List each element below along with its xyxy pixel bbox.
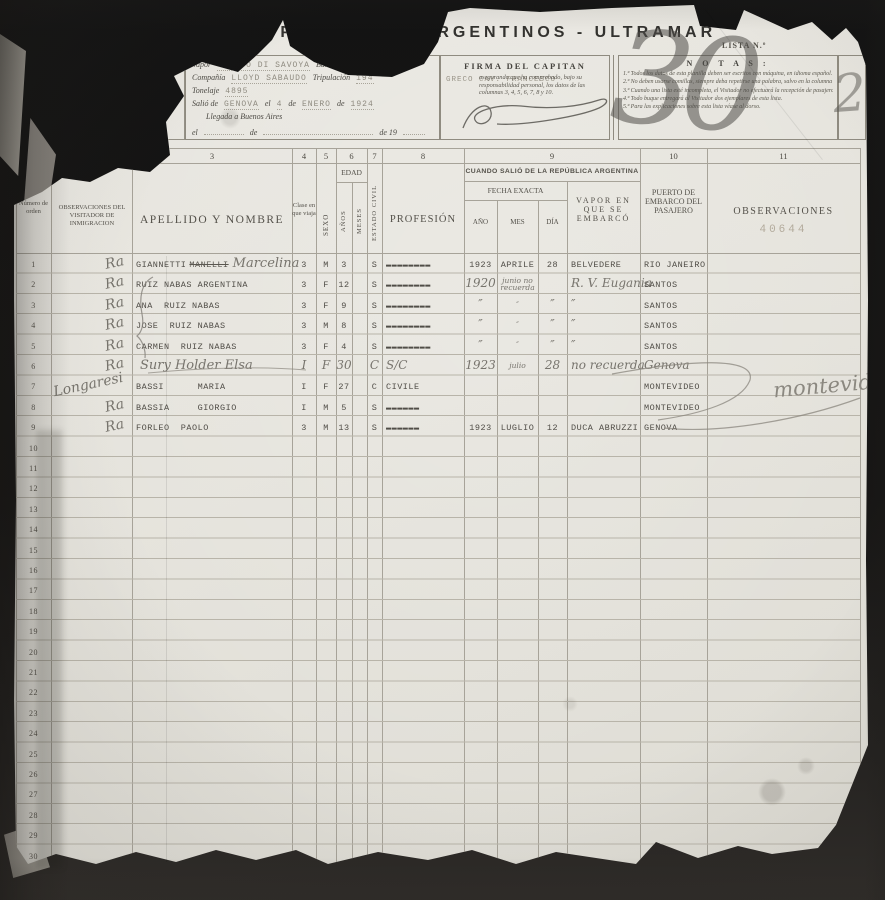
cell-n: 29 bbox=[16, 824, 51, 844]
typed-text: 4 bbox=[31, 321, 36, 330]
ship-info-box: Vapor TOMASO DI SAVOYA Bandera ITALIANA … bbox=[185, 55, 440, 140]
handwritten-text: julio bbox=[509, 362, 525, 369]
header-cuando-salio: CUANDO SALIÓ DE LA REPÚBLICA ARGENTINA bbox=[464, 168, 640, 175]
typed-text: DUCA ABRUZZI bbox=[571, 423, 638, 433]
typed-text: 2 bbox=[31, 280, 36, 289]
cell-obs: Ra bbox=[51, 396, 132, 416]
cell-dia: ″ bbox=[538, 335, 567, 355]
cell-puerto: GENOVA bbox=[640, 416, 707, 436]
cell-n: 27 bbox=[16, 783, 51, 803]
cell-dia: 28 bbox=[538, 355, 567, 375]
typed-text: 15 bbox=[29, 546, 38, 555]
cell-vapor: R. V. Eugania bbox=[567, 273, 640, 293]
typed-text: SANTOS bbox=[644, 280, 678, 290]
cell-anio: ″ bbox=[464, 314, 497, 334]
cell-n: 25 bbox=[16, 743, 51, 763]
cell-name: RUIZ NABAS ARGENTINA bbox=[132, 273, 292, 293]
nota-item: 1.ª Todos los datos de esta planilla deb… bbox=[623, 70, 833, 78]
cell-mes: julio bbox=[497, 355, 538, 375]
handwritten-text: ″ bbox=[516, 321, 519, 328]
cell-dia: ″ bbox=[538, 294, 567, 314]
cell-estado: S bbox=[367, 294, 382, 314]
cell-clase: 3 bbox=[292, 273, 316, 293]
cell-obs: Ra bbox=[51, 314, 132, 334]
column-number: 4 bbox=[292, 149, 316, 163]
cell-n: 23 bbox=[16, 702, 51, 722]
typed-text: 3 bbox=[31, 301, 36, 310]
typed-text: 3 bbox=[301, 321, 307, 331]
handwritten-text: no recuerda bbox=[571, 358, 645, 372]
cell-n: 21 bbox=[16, 661, 51, 681]
typed-text: S bbox=[372, 260, 378, 270]
typed-text: 6 bbox=[31, 362, 36, 371]
column-number: 11 bbox=[707, 149, 860, 163]
typed-text: 30 bbox=[29, 852, 38, 861]
handwritten-text: Ra bbox=[103, 251, 126, 275]
typed-text: RIO JANEIRO bbox=[644, 260, 706, 270]
de19-label: de 19 bbox=[379, 128, 397, 137]
cell-n: 10 bbox=[16, 437, 51, 457]
header-ano: AÑO bbox=[464, 218, 497, 227]
cell-sexo: M bbox=[316, 314, 336, 334]
blank-line bbox=[263, 125, 373, 135]
header-estado-civil: ESTADO CIVIL bbox=[367, 176, 382, 250]
cell-prof: ▬▬▬▬▬▬ bbox=[382, 416, 464, 436]
blank-line bbox=[403, 125, 425, 135]
typed-text: ▬▬▬▬▬▬▬▬ bbox=[386, 342, 431, 352]
llegada-label: Llegada a Buenos Aires bbox=[206, 112, 282, 121]
typed-text: C bbox=[372, 382, 378, 392]
typed-text: 3 bbox=[301, 423, 307, 433]
typed-text: F bbox=[323, 301, 329, 311]
table-row: 13 bbox=[16, 498, 860, 518]
handwritten-text: 30 bbox=[336, 358, 351, 372]
cell-n: 9 bbox=[16, 416, 51, 436]
cell-name: Sury Holder Elsa bbox=[132, 355, 292, 375]
table-row: 30 bbox=[16, 845, 860, 865]
handwritten-text: ″ bbox=[516, 301, 519, 308]
captain-box: FIRMA DEL CAPITAN GRECO CAV. FRANCESCO a… bbox=[440, 55, 610, 140]
cell-sexo: F bbox=[316, 355, 336, 375]
de2-label: de bbox=[337, 99, 345, 108]
cell-sexo: F bbox=[316, 294, 336, 314]
cell-prof: ▬▬▬▬▬▬▬▬ bbox=[382, 273, 464, 293]
column-number: 3 bbox=[132, 149, 292, 163]
cell-name: FORLEO PAOLO bbox=[132, 416, 292, 436]
cell-anos: 8 bbox=[336, 314, 352, 334]
page-title: LISTA DE PASAJEROS ARGENTINOS - ULTRAMAR bbox=[0, 24, 885, 42]
vapor-label: Vapor bbox=[192, 60, 211, 69]
cell-vapor: ″ bbox=[567, 314, 640, 334]
cell-anos: 5 bbox=[336, 396, 352, 416]
salio-value: GENOVA bbox=[224, 100, 259, 110]
typed-text: MONTEVIDEO bbox=[644, 382, 700, 392]
cell-puerto: MONTEVIDEO bbox=[640, 375, 707, 395]
typed-text: 13 bbox=[338, 423, 349, 433]
header-observaciones: OBSERVACIONES bbox=[707, 206, 860, 217]
typed-text: 11 bbox=[29, 464, 38, 473]
cell-clase: I bbox=[292, 396, 316, 416]
typed-text: JOSE RUIZ NABAS bbox=[136, 321, 226, 331]
cell-n: 16 bbox=[16, 559, 51, 579]
tripulacion-label: Tripulación bbox=[313, 73, 350, 82]
cell-n: 15 bbox=[16, 539, 51, 559]
cell-mes: APRILE bbox=[497, 253, 538, 273]
header-vapor-embarco: VAPOR EN QUE SE EMBARCÓ bbox=[567, 196, 640, 223]
cell-mes: ″ bbox=[497, 294, 538, 314]
typed-text: BASSI MARIA bbox=[136, 382, 226, 392]
cell-puerto: RIO JANEIRO bbox=[640, 253, 707, 273]
typed-text: ▬▬▬▬▬▬▬▬ bbox=[386, 321, 431, 331]
cell-estado: S bbox=[367, 273, 382, 293]
cell-puerto: SANTOS bbox=[640, 294, 707, 314]
compania-label: Compañía bbox=[192, 73, 225, 82]
cell-n: 13 bbox=[16, 498, 51, 518]
table-vline bbox=[860, 148, 861, 865]
typed-text: S bbox=[372, 423, 378, 433]
typed-text: 4 bbox=[341, 342, 347, 352]
typed-text: 5 bbox=[31, 342, 36, 351]
cell-prof: ▬▬▬▬▬▬▬▬ bbox=[382, 335, 464, 355]
cell-n: 19 bbox=[16, 620, 51, 640]
cell-clase: I bbox=[292, 355, 316, 375]
table-row: 9RaFORLEO PAOLO3M13S▬▬▬▬▬▬1923LUGLIO12DU… bbox=[16, 416, 860, 436]
cell-anio: 1920 bbox=[464, 273, 497, 293]
cell-mes: ″ bbox=[497, 335, 538, 355]
typed-text: I bbox=[301, 403, 307, 413]
cell-prof: ▬▬▬▬▬▬ bbox=[382, 396, 464, 416]
typed-text: 19 bbox=[29, 627, 38, 636]
typed-text: 3 bbox=[341, 260, 347, 270]
cell-estado: S bbox=[367, 335, 382, 355]
column-number: 10 bbox=[640, 149, 707, 163]
handwritten-text: ″ bbox=[516, 341, 519, 348]
typed-text: 27 bbox=[29, 790, 38, 799]
cell-estado: C bbox=[367, 375, 382, 395]
cell-puerto: SANTOS bbox=[640, 273, 707, 293]
ship-line-tonelaje: Tonelaje 4895 bbox=[192, 86, 433, 99]
typed-text: M bbox=[323, 321, 329, 331]
header-profesion: PROFESIÓN bbox=[382, 214, 464, 225]
salida-anio-value: 1924 bbox=[351, 100, 374, 110]
cell-anio: 1923 bbox=[464, 416, 497, 436]
typed-text: 7 bbox=[31, 382, 36, 391]
column-number: 8 bbox=[382, 149, 464, 163]
header-observaciones-visitador: OBSERVACIONES DEL VISITADOR DE INMIGRACI… bbox=[54, 204, 130, 228]
cell-vapor: ″ bbox=[567, 335, 640, 355]
header-dia: DÍA bbox=[538, 218, 567, 227]
bandera-label: Bandera bbox=[316, 60, 344, 69]
cell-n: 1 bbox=[16, 253, 51, 273]
header-clase: Clase en que viaja bbox=[292, 202, 316, 218]
cell-name: CARMEN RUIZ NABAS bbox=[132, 335, 292, 355]
typed-text: 16 bbox=[29, 566, 38, 575]
handwritten-text: ″ bbox=[478, 297, 482, 311]
handwritten-text: Ra bbox=[103, 292, 126, 316]
typed-text: 28 bbox=[547, 260, 558, 270]
column-number: 7 bbox=[367, 149, 382, 163]
cell-n: 12 bbox=[16, 477, 51, 497]
table-line bbox=[336, 182, 367, 183]
cell-vapor: DUCA ABRUZZI bbox=[567, 416, 640, 436]
ship-line-llegada: Llegada a Buenos Aires bbox=[192, 112, 433, 125]
cell-name: GIANNETTIMANELLIMarcelina bbox=[132, 253, 292, 273]
typed-text: GENOVA bbox=[644, 423, 678, 433]
cell-clase: 3 bbox=[292, 314, 316, 334]
nota-item: 5.ª Para las explicaciones sobre esta li… bbox=[623, 103, 833, 111]
table-row: 3RaANA RUIZ NABAS3F9S▬▬▬▬▬▬▬▬″″″″SANTOS bbox=[16, 294, 860, 314]
cell-anio: ″ bbox=[464, 335, 497, 355]
cell-n: 6 bbox=[16, 355, 51, 375]
handwritten-text: Genova bbox=[644, 358, 690, 372]
cell-clase: 3 bbox=[292, 294, 316, 314]
cell-puerto: SANTOS bbox=[640, 314, 707, 334]
cell-estado: S bbox=[367, 396, 382, 416]
header-apellido-nombre: APELLIDO Y NOMBRE bbox=[132, 214, 292, 226]
typed-text: M bbox=[323, 260, 329, 270]
cell-anos: 12 bbox=[336, 273, 352, 293]
coat-of-arms-icon bbox=[103, 62, 121, 88]
typed-text: 18 bbox=[29, 607, 38, 616]
column-number: 5 bbox=[316, 149, 336, 163]
table-row: 12 bbox=[16, 477, 860, 497]
ship-line-salida: Salió de GENOVA el 4 de ENERO de 1924 bbox=[192, 99, 433, 112]
handwritten-text: junio no recuerda bbox=[498, 277, 538, 291]
typed-text: 12 bbox=[338, 280, 349, 290]
cell-obs: Longaresi bbox=[51, 375, 132, 395]
typed-text: S bbox=[372, 403, 378, 413]
table-row: 5RaCARMEN RUIZ NABAS3F4S▬▬▬▬▬▬▬▬″″″″SANT… bbox=[16, 335, 860, 355]
handwritten-text: 28 bbox=[545, 358, 560, 372]
box-divider bbox=[613, 55, 614, 140]
cell-clase: 3 bbox=[292, 253, 316, 273]
cell-n: 7 bbox=[16, 375, 51, 395]
cell-name: ANA RUIZ NABAS bbox=[132, 294, 292, 314]
typed-text: ▬▬▬▬▬▬ bbox=[386, 403, 420, 413]
header-mes: MES bbox=[497, 218, 538, 227]
cell-obs: Ra bbox=[51, 335, 132, 355]
table-line bbox=[16, 163, 860, 164]
table-row: 11 bbox=[16, 457, 860, 477]
tonelaje-label: Tonelaje bbox=[192, 86, 219, 95]
cell-puerto: MONTEVIDEO bbox=[640, 396, 707, 416]
cell-n: 4 bbox=[16, 314, 51, 334]
cell-sexo: F bbox=[316, 273, 336, 293]
cell-n: 20 bbox=[16, 641, 51, 661]
nota-item: 3.ª Cuando una lista esté incompleta, el… bbox=[623, 87, 833, 95]
header-edad: EDAD bbox=[336, 168, 367, 177]
handwritten-text: Ra bbox=[103, 272, 126, 296]
cell-anio: 1923 bbox=[464, 253, 497, 273]
typed-text: 13 bbox=[29, 505, 38, 514]
table-row: 4RaJOSE RUIZ NABAS3M8S▬▬▬▬▬▬▬▬″″″″SANTOS bbox=[16, 314, 860, 334]
typed-text: 9 bbox=[341, 301, 347, 311]
table-row: 24 bbox=[16, 722, 860, 742]
notes-box: N O T A S : 1.ª Todos los datos de esta … bbox=[618, 55, 838, 140]
handwritten-text: 1920 bbox=[465, 276, 496, 290]
cell-n: 14 bbox=[16, 518, 51, 538]
cell-anio: 1923 bbox=[464, 355, 497, 375]
handwritten-text: C bbox=[370, 358, 379, 372]
typed-text: 25 bbox=[29, 750, 38, 759]
typed-text: 22 bbox=[29, 688, 38, 697]
table-row: 27 bbox=[16, 783, 860, 803]
notes-title: N O T A S : bbox=[623, 59, 833, 68]
struck-text: MANELLI bbox=[189, 260, 228, 270]
photo-backdrop: LISTA DE PASAJEROS ARGENTINOS - ULTRAMAR… bbox=[0, 0, 885, 900]
typed-text: F bbox=[323, 342, 329, 352]
cell-n: 17 bbox=[16, 579, 51, 599]
cell-vapor: ″ bbox=[567, 294, 640, 314]
typed-text: 26 bbox=[29, 770, 38, 779]
cell-name: BASSI MARIA bbox=[132, 375, 292, 395]
cell-obs: Ra bbox=[51, 273, 132, 293]
typed-text: 10 bbox=[29, 444, 38, 453]
typed-text: FORLEO PAOLO bbox=[136, 423, 209, 433]
typed-text: M bbox=[323, 423, 329, 433]
typed-text: SANTOS bbox=[644, 321, 678, 331]
cell-sexo: M bbox=[316, 396, 336, 416]
typed-text: 9 bbox=[31, 423, 36, 432]
cell-anio: ″ bbox=[464, 294, 497, 314]
typed-text: BASSIA GIORGIO bbox=[136, 403, 237, 413]
table-row: 7LongaresiBASSI MARIAIF27CCIVILEMONTEVID… bbox=[16, 375, 860, 395]
table-row: 21 bbox=[16, 661, 860, 681]
cell-prof: ▬▬▬▬▬▬▬▬ bbox=[382, 294, 464, 314]
cell-puerto: SANTOS bbox=[640, 335, 707, 355]
typed-text: GIANNETTI bbox=[136, 260, 186, 270]
handwritten-text: Sury Holder Elsa bbox=[140, 358, 253, 373]
nota-item: 2.ª No deben usarse comillas, siempre de… bbox=[623, 78, 833, 86]
handwritten-text: Ra bbox=[103, 333, 126, 357]
salida-mes-value: ENERO bbox=[302, 100, 331, 110]
typed-text: CIVILE bbox=[386, 382, 420, 392]
table-row: 28 bbox=[16, 804, 860, 824]
typed-text: LUGLIO bbox=[501, 423, 535, 433]
typed-text: M bbox=[323, 403, 329, 413]
typed-text: 14 bbox=[29, 525, 38, 534]
cell-anos: 27 bbox=[336, 375, 352, 395]
cell-n: 8 bbox=[16, 396, 51, 416]
typed-text: 5 bbox=[341, 403, 347, 413]
passenger-table: 1234567891011 Número de orden OBSERVACIO… bbox=[16, 148, 860, 865]
header-meses: MESES bbox=[352, 192, 367, 250]
cell-anos: 9 bbox=[336, 294, 352, 314]
handwritten-text: Ra bbox=[103, 312, 126, 336]
org-box: REPÚBLICA ARGENTINA DIRECCIÓN GENERAL DE… bbox=[35, 55, 185, 140]
tripulacion-value: 194 bbox=[356, 74, 373, 84]
el2-label: el bbox=[192, 128, 198, 137]
salio-label: Salió de bbox=[192, 99, 218, 108]
typed-text: F bbox=[323, 280, 329, 290]
de-label: de bbox=[288, 99, 296, 108]
cell-name: JOSE RUIZ NABAS bbox=[132, 314, 292, 334]
typed-text: CARMEN RUIZ NABAS bbox=[136, 342, 237, 352]
table-line bbox=[464, 200, 567, 201]
column-number: 9 bbox=[464, 149, 640, 163]
typed-text: 20 bbox=[29, 648, 38, 657]
el-label: el bbox=[265, 99, 271, 108]
handwritten-text: ″ bbox=[571, 297, 575, 311]
table-row: 20 bbox=[16, 641, 860, 661]
header-puerto-embarco: PUERTO DE EMBARCO DEL PASAJERO bbox=[640, 188, 707, 215]
cell-estado: S bbox=[367, 416, 382, 436]
typed-text: 3 bbox=[301, 301, 307, 311]
typed-text: S bbox=[372, 301, 378, 311]
cell-estado: S bbox=[367, 253, 382, 273]
de3-label: de bbox=[250, 128, 258, 137]
cell-sexo: M bbox=[316, 416, 336, 436]
handwritten-text: F bbox=[322, 358, 330, 372]
ship-line-fecha-llegada: el de de 19 bbox=[192, 125, 433, 138]
handwritten-text: ″ bbox=[571, 317, 575, 331]
notes-list: 1.ª Todos los datos de esta planilla deb… bbox=[623, 70, 833, 111]
cell-sexo: F bbox=[316, 335, 336, 355]
typed-text: 8 bbox=[341, 321, 347, 331]
cell-n: 11 bbox=[16, 457, 51, 477]
handwritten-text: Ra bbox=[103, 394, 126, 418]
typed-text: 12 bbox=[29, 484, 38, 493]
handwritten-text: ″ bbox=[550, 297, 554, 311]
typed-text: ▬▬▬▬▬▬ bbox=[386, 423, 420, 433]
cell-sexo: F bbox=[316, 375, 336, 395]
table-row: 14 bbox=[16, 518, 860, 538]
table-row: 22 bbox=[16, 681, 860, 701]
cell-clase: 3 bbox=[292, 335, 316, 355]
header-sexo: SEXO bbox=[316, 200, 336, 250]
typed-text: BELVEDERE bbox=[571, 260, 621, 270]
cell-n: 22 bbox=[16, 681, 51, 701]
typed-text: ▬▬▬▬▬▬▬▬ bbox=[386, 280, 431, 290]
typed-text: 1923 bbox=[469, 260, 491, 270]
typed-text: S bbox=[372, 280, 378, 290]
document-sheet: LISTA DE PASAJEROS ARGENTINOS - ULTRAMAR… bbox=[0, 0, 885, 900]
cell-n: 3 bbox=[16, 294, 51, 314]
bandera-value: ITALIANA bbox=[350, 61, 396, 71]
typed-text: 29 bbox=[29, 831, 38, 840]
header-numero-orden: Número de orden bbox=[17, 200, 50, 216]
column-number: 2 bbox=[51, 149, 132, 163]
cell-anos: 4 bbox=[336, 335, 352, 355]
handwritten-text: ″ bbox=[571, 338, 575, 352]
blank-line bbox=[204, 125, 244, 135]
typed-text: 8 bbox=[31, 403, 36, 412]
typed-text: 28 bbox=[29, 811, 38, 820]
handwritten-text: S/C bbox=[386, 358, 407, 372]
table-line bbox=[464, 181, 640, 182]
typed-text: I bbox=[301, 382, 307, 392]
column-number: 6 bbox=[336, 149, 367, 163]
nota-item: 4.ª Todo buque entregará al Visitador do… bbox=[623, 95, 833, 103]
handwritten-text: Marcelina bbox=[233, 256, 300, 271]
cell-sexo: M bbox=[316, 253, 336, 273]
lista-number-label: LISTA N.º bbox=[722, 41, 766, 50]
typed-text: SANTOS bbox=[644, 342, 678, 352]
table-row: 1RaGIANNETTIMANELLIMarcelina3M3S▬▬▬▬▬▬▬▬… bbox=[16, 253, 860, 273]
compania-value: LLOYD SABAUDO bbox=[231, 74, 306, 84]
typed-text: 3 bbox=[301, 260, 307, 270]
table-row: 15 bbox=[16, 539, 860, 559]
table-row: 8RaBASSIA GIORGIOIM5S▬▬▬▬▬▬MONTEVIDEO bbox=[16, 396, 860, 416]
typed-text: ▬▬▬▬▬▬▬▬ bbox=[386, 260, 431, 270]
typed-text: S bbox=[372, 321, 378, 331]
cell-n: 18 bbox=[16, 600, 51, 620]
table-row: 26 bbox=[16, 763, 860, 783]
cell-n: 28 bbox=[16, 804, 51, 824]
table-row: 17 bbox=[16, 579, 860, 599]
table-rows: 1RaGIANNETTIMANELLIMarcelina3M3S▬▬▬▬▬▬▬▬… bbox=[16, 253, 860, 865]
vapor-value: TOMASO DI SAVOYA bbox=[217, 61, 310, 71]
